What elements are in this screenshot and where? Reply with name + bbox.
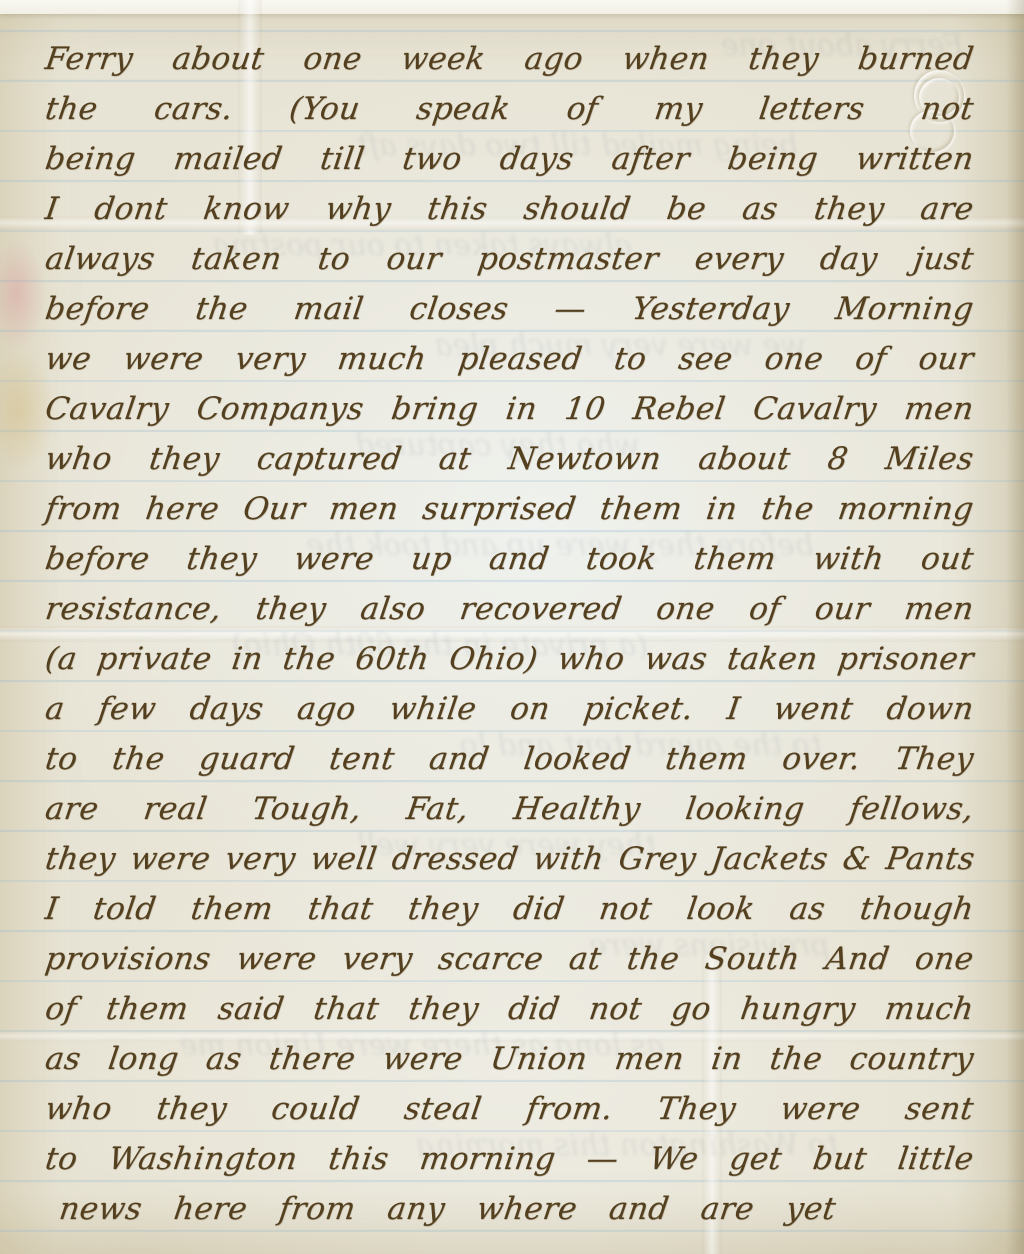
letter-line: to the guard tent and looked them over. … [42,734,977,784]
letter-line: being mailed till two days after being w… [42,134,977,184]
letter-line: news here from any where and are yet [42,1184,977,1234]
letter-body-text: Ferry about one week ago when they burne… [42,34,970,1234]
letter-line: Cavalry Companys bring in 10 Rebel Caval… [42,384,977,434]
letter-line: I dont know why this should be as they a… [42,184,977,234]
letter-line: resistance, they also recovered one of o… [42,584,977,634]
letter-line: who they could steal from. They were sen… [42,1084,977,1134]
letter-page: Ferry about one being mailed till two da… [0,0,1024,1254]
letter-line: to Washington this morning — We get but … [42,1134,977,1184]
letter-line: from here Our men surprised them in the … [42,484,977,534]
letter-line: Ferry about one week ago when they burne… [42,34,977,84]
letter-line: before the mail closes — Yesterday Morni… [42,284,977,334]
letter-line: are real Tough, Fat, Healthy looking fel… [42,784,977,834]
letter-line: we were very much pleased to see one of … [42,334,977,384]
letter-line: who they captured at Newtown about 8 Mil… [42,434,977,484]
letter-line: they were very well dressed with Grey Ja… [42,834,977,884]
letter-line: before they were up and took them with o… [42,534,977,584]
letter-line: a few days ago while on picket. I went d… [42,684,977,734]
letter-line: of them said that they did not go hungry… [42,984,977,1034]
paper-right-edge [1006,0,1024,1254]
letter-line: I told them that they did not look as th… [42,884,977,934]
paper-top-edge [0,0,1024,14]
letter-line: as long as there were Union men in the c… [42,1034,977,1084]
letter-line: the cars. (You speak of my letters not [42,84,977,134]
letter-line: always taken to our postmaster every day… [42,234,977,284]
letter-line: provisions were very scarce at the South… [42,934,977,984]
letter-line: (a private in the 60th Ohio) who was tak… [42,634,977,684]
